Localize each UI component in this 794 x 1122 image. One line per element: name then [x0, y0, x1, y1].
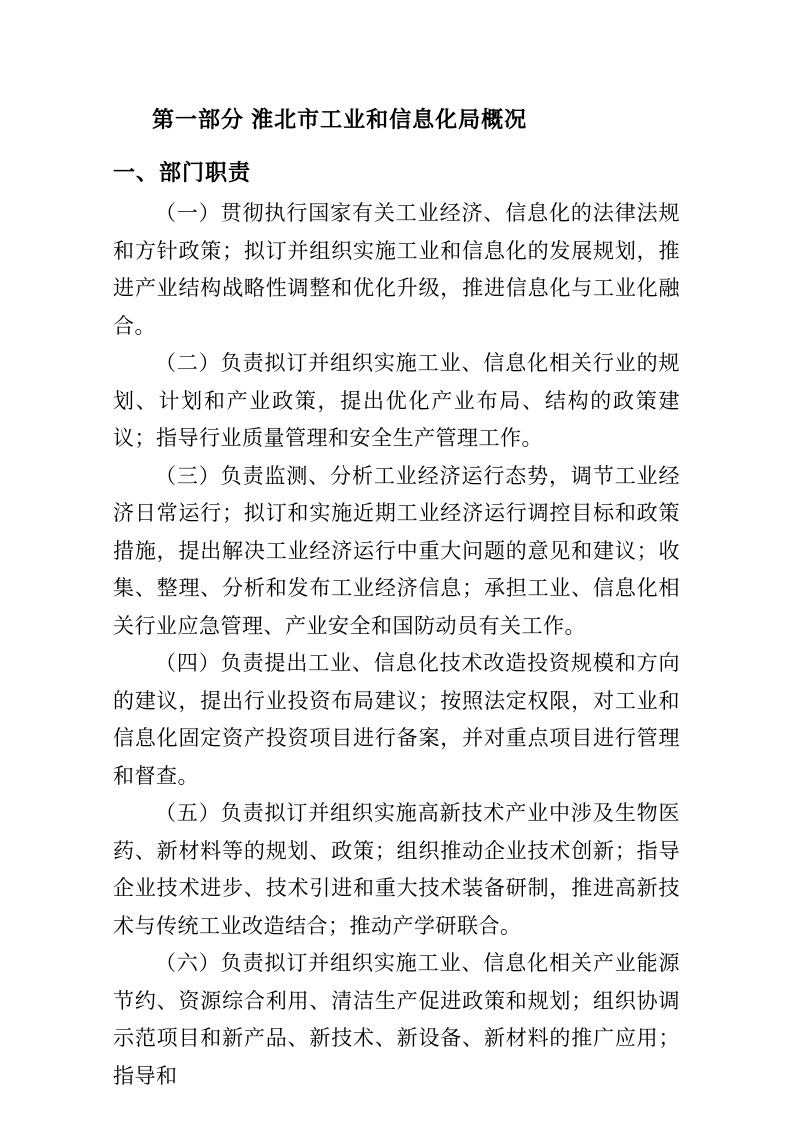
document-content: 第一部分 淮北市工业和信息化局概况 一、部门职责 （一）贯彻执行国家有关工业经济…: [113, 0, 680, 1095]
paragraph-list: （一）贯彻执行国家有关工业经济、信息化的法律法规和方针政策；拟订并组织实施工业和…: [113, 195, 680, 1095]
paragraph-5: （五）负责拟订并组织实施高新技术产业中涉及生物医药、新材料等的规划、政策；组织推…: [113, 795, 680, 945]
paragraph-4: （四）负责提出工业、信息化技术改造投资规模和方向的建议，提出行业投资布局建议；按…: [113, 645, 680, 795]
section-heading: 一、部门职责: [113, 157, 680, 189]
paragraph-6: （六）负责拟订并组织实施工业、信息化相关产业能源节约、资源综合利用、清洁生产促进…: [113, 945, 680, 1095]
paragraph-2: （二）负责拟订并组织实施工业、信息化相关行业的规划、计划和产业政策，提出优化产业…: [113, 345, 680, 458]
part-title: 第一部分 淮北市工业和信息化局概况: [152, 104, 680, 136]
paragraph-1: （一）贯彻执行国家有关工业经济、信息化的法律法规和方针政策；拟订并组织实施工业和…: [113, 195, 680, 345]
document-page: 第一部分 淮北市工业和信息化局概况 一、部门职责 （一）贯彻执行国家有关工业经济…: [0, 0, 794, 1122]
paragraph-3: （三）负责监测、分析工业经济运行态势，调节工业经济日常运行；拟订和实施近期工业经…: [113, 458, 680, 646]
